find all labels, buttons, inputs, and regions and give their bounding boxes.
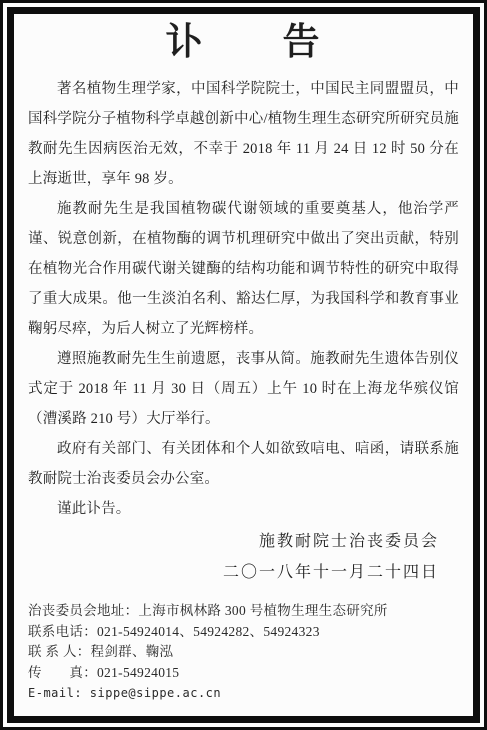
paragraph-death-announcement: 著名植物生理学家，中国科学院院士，中国民主同盟盟员，中国科学院分子植物科学卓越创…	[28, 74, 459, 194]
contact-address: 治丧委员会地址：上海市枫林路 300 号植物生理生态研究所	[28, 601, 459, 622]
notice-page: 讣 告 著名植物生理学家，中国科学院院士，中国民主同盟盟员，中国科学院分子植物科…	[0, 0, 487, 730]
notice-title: 讣 告	[28, 20, 459, 66]
signature-committee: 施教耐院士治丧委员会	[28, 526, 439, 557]
paragraph-condolence-instructions: 政府有关部门、有关团体和个人如欲致唁电、唁函，请联系施教耐院士治丧委员会办公室。	[28, 434, 459, 494]
contact-fax: 传 真：021-54924015	[28, 663, 459, 684]
contact-phone: 联系电话：021-54924014、54924282、54924323	[28, 622, 459, 643]
contact-block: 治丧委员会地址：上海市枫林路 300 号植物生理生态研究所 联系电话：021-5…	[28, 601, 459, 704]
notice-body: 著名植物生理学家，中国科学院院士，中国民主同盟盟员，中国科学院分子植物科学卓越创…	[28, 74, 459, 524]
paragraph-memorial-ceremony: 遵照施教耐先生生前遗愿，丧事从简。施教耐先生遗体告别仪式定于 2018 年 11…	[28, 344, 459, 434]
signature-block: 施教耐院士治丧委员会 二〇一八年十一月二十四日	[28, 526, 459, 588]
contact-email: E-mail: sippe@sippe.ac.cn	[28, 683, 459, 704]
signature-date: 二〇一八年十一月二十四日	[28, 557, 439, 588]
paragraph-life-achievements: 施教耐先生是我国植物碳代谢领域的重要奠基人，他治学严谨、锐意创新，在植物酶的调节…	[28, 194, 459, 344]
paragraph-closing: 谨此讣告。	[28, 494, 459, 524]
contact-persons: 联 系 人：程剑群、鞠泓	[28, 642, 459, 663]
notice-frame: 讣 告 著名植物生理学家，中国科学院院士，中国民主同盟盟员，中国科学院分子植物科…	[7, 7, 480, 723]
